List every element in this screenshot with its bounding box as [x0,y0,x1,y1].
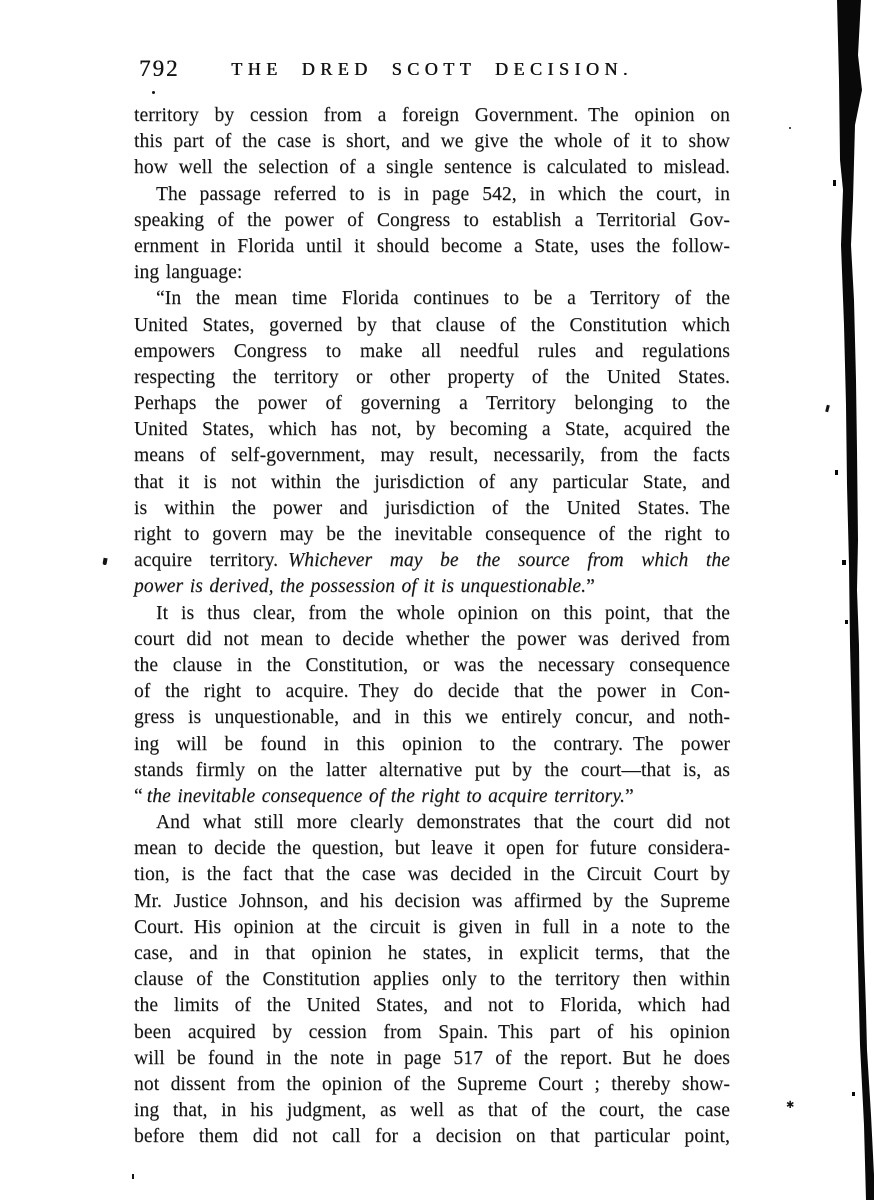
text-line: power is derived, the possession of it i… [134,574,730,600]
text-line: the clause in the Constitution, or was t… [134,653,730,679]
text-segment: ernment in Florida until it should becom… [134,236,730,257]
text-line: “In the mean time Florida continues to b… [134,286,730,312]
text-line: clause of the Constitution applies only … [134,967,730,993]
text-line: this part of the case is short, and we g… [134,129,730,155]
text-line: acquire territory. Whichever may be the … [134,548,730,574]
text-segment: acquire territory. [134,550,288,571]
paragraph: “In the mean time Florida continues to b… [134,286,730,600]
paragraph: territory by cession from a foreign Gove… [134,103,730,182]
text-line: Perhaps the power of governing a Territo… [134,391,730,417]
ink-speck: ✱ [786,1103,794,1109]
text-segment: ” [586,576,595,597]
text-line: ernment in Florida until it should becom… [134,234,730,260]
page-header: 792 THE DRED SCOTT DECISION. [134,55,730,87]
text-segment: that it is not within the jurisdiction o… [134,472,730,493]
text-line: speaking of the power of Congress to est… [134,208,730,234]
text-line: that it is not within the jurisdiction o… [134,470,730,496]
italic-text-segment: the inevitable consequence of the right … [147,786,625,807]
text-segment: been acquired by cession from Spain. Thi… [134,1022,730,1043]
text-line: stands firmly on the latter alternative … [134,758,730,784]
scanned-book-page: 792 THE DRED SCOTT DECISION. territory b… [0,0,874,1200]
text-segment: of the right to acquire. They do decide … [134,681,730,702]
text-segment: means of self-government, may result, ne… [134,445,730,466]
ink-speck [132,1174,134,1179]
paragraph: The passage referred to is in page 542, … [134,182,730,287]
text-segment: will be found in the note in page 517 of… [134,1048,730,1069]
text-segment: the clause in the Constitution, or was t… [134,655,730,676]
text-line: been acquired by cession from Spain. Thi… [134,1020,730,1046]
text-segment: mean to decide the question, but leave i… [134,838,730,859]
text-line: territory by cession from a foreign Gove… [134,103,730,129]
text-line: is within the power and jurisdiction of … [134,496,730,522]
text-segment: Mr. Justice Johnson, and his decision wa… [134,891,730,912]
text-segment: gress is unquestionable, and in this we … [134,707,730,728]
text-line: court did not mean to decide whether the… [134,627,730,653]
text-segment: stands firmly on the latter alternative … [134,760,730,781]
text-line: means of self-government, may result, ne… [134,443,730,469]
text-segment: before them did not call for a decision … [134,1126,730,1147]
page-body: territory by cession from a foreign Gove… [134,103,730,1151]
text-line: mean to decide the question, but leave i… [134,836,730,862]
text-line: gress is unquestionable, and in this we … [134,705,730,731]
text-line: United States, governed by that clause o… [134,313,730,339]
text-line: And what still more clearly demonstrates… [134,810,730,836]
running-title: THE DRED SCOTT DECISION. [134,59,730,80]
text-segment: how well the selection of a single sente… [134,157,730,178]
ink-speck [152,91,155,94]
italic-text-segment: Whichever may be the source from which t… [288,550,730,571]
text-segment: clause of the Constitution applies only … [134,969,730,990]
text-line: the limits of the United States, and not… [134,993,730,1019]
text-line: ing will be found in this opinion to the… [134,732,730,758]
text-segment: case, and in that opinion he states, in … [134,943,730,964]
text-line: United States, which has not, by becomin… [134,417,730,443]
text-line: ing language: [134,260,730,286]
text-line: of the right to acquire. They do decide … [134,679,730,705]
ink-speck [789,127,791,129]
text-segment: And what still more clearly demonstrates… [156,812,730,833]
text-line: respecting the territory or other proper… [134,365,730,391]
text-segment: empowers Congress to make all needful ru… [134,341,730,362]
text-segment: United States, governed by that clause o… [134,315,730,336]
text-line: not dissent from the opinion of the Supr… [134,1072,730,1098]
text-segment: United States, which has not, by becomin… [134,419,730,440]
text-segment: the limits of the United States, and not… [134,995,730,1016]
text-segment: ing will be found in this opinion to the… [134,734,730,755]
text-line: empowers Congress to make all needful ru… [134,339,730,365]
text-segment: It is thus clear, from the whole opinion… [156,603,730,624]
text-segment: Court. His opinion at the circuit is giv… [134,917,730,938]
text-segment: tion, is the fact that the case was deci… [134,864,730,885]
italic-text-segment: power is derived, the possession of it i… [134,576,586,597]
text-segment: “In the mean time Florida continues to b… [156,288,730,309]
text-line: Mr. Justice Johnson, and his decision wa… [134,889,730,915]
text-line: right to govern may be the inevitable co… [134,522,730,548]
paragraph: It is thus clear, from the whole opinion… [134,601,730,811]
text-segment: speaking of the power of Congress to est… [134,210,730,231]
text-segment: court did not mean to decide whether the… [134,629,730,650]
text-segment: is within the power and jurisdiction of … [134,498,730,519]
text-line: The passage referred to is in page 542, … [134,182,730,208]
text-segment: “ [134,786,147,807]
gutter-shadow-shape [837,0,874,1200]
text-line: It is thus clear, from the whole opinion… [134,601,730,627]
text-line: will be found in the note in page 517 of… [134,1046,730,1072]
text-segment: The passage referred to is in page 542, … [156,184,730,205]
text-line: ing that, in his judgment, as well as th… [134,1098,730,1124]
text-segment: ing that, in his judgment, as well as th… [134,1100,730,1121]
text-segment: respecting the territory or other proper… [134,367,730,388]
text-segment: territory by cession from a foreign Gove… [134,105,730,126]
text-segment: this part of the case is short, and we g… [134,131,730,152]
text-line: case, and in that opinion he states, in … [134,941,730,967]
text-line: how well the selection of a single sente… [134,155,730,181]
text-line: “ the inevitable consequence of the righ… [134,784,730,810]
text-segment: ” [625,786,634,807]
text-segment: ing language: [134,262,242,283]
text-line: tion, is the fact that the case was deci… [134,862,730,888]
paragraph: And what still more clearly demonstrates… [134,810,730,1150]
text-segment: Perhaps the power of governing a Territo… [134,393,730,414]
text-line: Court. His opinion at the circuit is giv… [134,915,730,941]
text-segment: right to govern may be the inevitable co… [134,524,730,545]
text-line: before them did not call for a decision … [134,1124,730,1150]
text-segment: not dissent from the opinion of the Supr… [134,1074,730,1095]
